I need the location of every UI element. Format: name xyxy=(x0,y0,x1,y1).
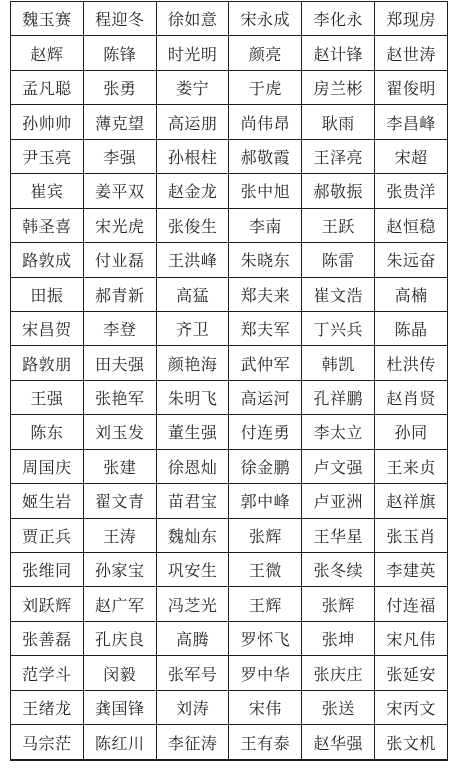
name-cell: 郝敬振 xyxy=(302,174,375,208)
name-cell: 韩凯 xyxy=(302,346,375,380)
table-row: 张维同孙家宝巩安生王微张冬续李建英 xyxy=(11,553,448,587)
name-cell: 王来贞 xyxy=(375,449,448,483)
name-cell: 张善磊 xyxy=(11,621,84,655)
name-cell: 尹玉亮 xyxy=(11,139,84,173)
name-cell: 尚伟昂 xyxy=(229,105,302,139)
name-roster-table: 魏玉赛程迎冬徐如意宋永成李化永郑现房赵辉陈锋时光明颜亮赵计锋赵世涛孟凡聪张勇娄宁… xyxy=(10,1,448,761)
name-cell: 宋昌贺 xyxy=(11,311,84,345)
name-cell: 郑现房 xyxy=(375,2,448,36)
name-cell: 王绪龙 xyxy=(11,690,84,724)
name-cell: 娄宁 xyxy=(156,70,229,104)
table-row: 路敦成付业磊王洪峰朱晓东陈雷朱远奋 xyxy=(11,243,448,277)
name-cell: 张俊生 xyxy=(156,208,229,242)
name-cell: 徐金鹏 xyxy=(229,449,302,483)
name-cell: 陈雷 xyxy=(302,243,375,277)
name-cell: 于虎 xyxy=(229,70,302,104)
name-cell: 付业磊 xyxy=(83,243,156,277)
name-cell: 赵华强 xyxy=(302,725,375,760)
name-cell: 王涛 xyxy=(83,518,156,552)
name-cell: 孔祥鹏 xyxy=(302,380,375,414)
table-row: 陈东刘玉发董生强付连勇李太立孙同 xyxy=(11,415,448,449)
name-cell: 孟凡聪 xyxy=(11,70,84,104)
name-cell: 李昌峰 xyxy=(375,105,448,139)
name-cell: 张军号 xyxy=(156,656,229,690)
table-row: 尹玉亮李强孙根柱郝敬霞王泽亮宋超 xyxy=(11,139,448,173)
table-row: 姬生岩翟文青苗君宝郭中峰卢亚洲赵祥旗 xyxy=(11,484,448,518)
name-cell: 张中旭 xyxy=(229,174,302,208)
name-cell: 宋丙文 xyxy=(375,690,448,724)
name-cell: 陈红川 xyxy=(83,725,156,760)
name-cell: 朱远奋 xyxy=(375,243,448,277)
name-cell: 陈晶 xyxy=(375,311,448,345)
name-cell: 苗君宝 xyxy=(156,484,229,518)
name-cell: 龚国锋 xyxy=(83,690,156,724)
name-cell: 李登 xyxy=(83,311,156,345)
name-cell: 高运朋 xyxy=(156,105,229,139)
name-cell: 宋光虎 xyxy=(83,208,156,242)
name-cell: 李化永 xyxy=(302,2,375,36)
table-row: 韩圣喜宋光虎张俊生李南王跃赵恒稳 xyxy=(11,208,448,242)
name-cell: 陈锋 xyxy=(83,36,156,70)
name-cell: 张建 xyxy=(83,449,156,483)
name-cell: 罗怀飞 xyxy=(229,621,302,655)
name-cell: 李强 xyxy=(83,139,156,173)
name-cell: 郑夫军 xyxy=(229,311,302,345)
table-row: 路敦朋田夫强颜艳海武仲军韩凯杜洪传 xyxy=(11,346,448,380)
name-cell: 路敦朋 xyxy=(11,346,84,380)
table-row: 魏玉赛程迎冬徐如意宋永成李化永郑现房 xyxy=(11,2,448,36)
name-cell: 郑夫来 xyxy=(229,277,302,311)
name-cell: 张维同 xyxy=(11,553,84,587)
table-row: 孟凡聪张勇娄宁于虎房兰彬翟俊明 xyxy=(11,70,448,104)
name-cell: 薄克望 xyxy=(83,105,156,139)
name-cell: 徐恩灿 xyxy=(156,449,229,483)
name-cell: 宋永成 xyxy=(229,2,302,36)
name-cell: 路敦成 xyxy=(11,243,84,277)
name-cell: 赵祥旗 xyxy=(375,484,448,518)
name-cell: 范学斗 xyxy=(11,656,84,690)
name-cell: 李建英 xyxy=(375,553,448,587)
name-cell: 程迎冬 xyxy=(83,2,156,36)
name-cell: 王有泰 xyxy=(229,725,302,760)
name-cell: 高猛 xyxy=(156,277,229,311)
name-cell: 崔宾 xyxy=(11,174,84,208)
name-cell: 张玉肖 xyxy=(375,518,448,552)
name-cell: 朱明飞 xyxy=(156,380,229,414)
name-cell: 朱晓东 xyxy=(229,243,302,277)
name-cell: 颜艳海 xyxy=(156,346,229,380)
name-cell: 房兰彬 xyxy=(302,70,375,104)
name-cell: 耿雨 xyxy=(302,105,375,139)
name-cell: 宋伟 xyxy=(229,690,302,724)
name-cell: 陈东 xyxy=(11,415,84,449)
name-cell: 姜平双 xyxy=(83,174,156,208)
name-cell: 张庆庄 xyxy=(302,656,375,690)
name-cell: 李太立 xyxy=(302,415,375,449)
name-cell: 张延安 xyxy=(375,656,448,690)
name-cell: 卢亚洲 xyxy=(302,484,375,518)
table-row: 赵辉陈锋时光明颜亮赵计锋赵世涛 xyxy=(11,36,448,70)
name-cell: 闵毅 xyxy=(83,656,156,690)
name-cell: 郝敬霞 xyxy=(229,139,302,173)
name-cell: 赵广军 xyxy=(83,587,156,621)
name-cell: 赵辉 xyxy=(11,36,84,70)
name-cell: 王华星 xyxy=(302,518,375,552)
name-cell: 齐卫 xyxy=(156,311,229,345)
name-cell: 董生强 xyxy=(156,415,229,449)
name-cell: 周国庆 xyxy=(11,449,84,483)
name-cell: 张坤 xyxy=(302,621,375,655)
name-cell: 郭中峰 xyxy=(229,484,302,518)
name-cell: 王洪峰 xyxy=(156,243,229,277)
name-cell: 张贵洋 xyxy=(375,174,448,208)
name-cell: 付连福 xyxy=(375,587,448,621)
name-cell: 李征涛 xyxy=(156,725,229,760)
name-cell: 张艳军 xyxy=(83,380,156,414)
name-cell: 姬生岩 xyxy=(11,484,84,518)
name-cell: 贾正兵 xyxy=(11,518,84,552)
name-cell: 徐如意 xyxy=(156,2,229,36)
name-cell: 付连勇 xyxy=(229,415,302,449)
name-cell: 王泽亮 xyxy=(302,139,375,173)
name-cell: 刘跃辉 xyxy=(11,587,84,621)
name-cell: 孙根柱 xyxy=(156,139,229,173)
name-cell: 罗中华 xyxy=(229,656,302,690)
name-cell: 王跃 xyxy=(302,208,375,242)
name-cell: 张送 xyxy=(302,690,375,724)
name-cell: 孙家宝 xyxy=(83,553,156,587)
name-cell: 高运河 xyxy=(229,380,302,414)
name-cell: 翟俊明 xyxy=(375,70,448,104)
name-cell: 时光明 xyxy=(156,36,229,70)
table-row: 崔宾姜平双赵金龙张中旭郝敬振张贵洋 xyxy=(11,174,448,208)
name-cell: 韩圣喜 xyxy=(11,208,84,242)
name-cell: 高腾 xyxy=(156,621,229,655)
name-cell: 王辉 xyxy=(229,587,302,621)
name-cell: 田夫强 xyxy=(83,346,156,380)
name-cell: 张辉 xyxy=(229,518,302,552)
table-row: 贾正兵王涛魏灿东张辉王华星张玉肖 xyxy=(11,518,448,552)
name-cell: 宋凡伟 xyxy=(375,621,448,655)
name-cell: 巩安生 xyxy=(156,553,229,587)
table-row: 宋昌贺李登齐卫郑夫军丁兴兵陈晶 xyxy=(11,311,448,345)
table-row: 孙帅帅薄克望高运朋尚伟昂耿雨李昌峰 xyxy=(11,105,448,139)
name-cell: 张勇 xyxy=(83,70,156,104)
name-roster-body: 魏玉赛程迎冬徐如意宋永成李化永郑现房赵辉陈锋时光明颜亮赵计锋赵世涛孟凡聪张勇娄宁… xyxy=(11,2,448,761)
name-cell: 赵恒稳 xyxy=(375,208,448,242)
table-row: 刘跃辉赵广军冯芝光王辉张辉付连福 xyxy=(11,587,448,621)
name-cell: 颜亮 xyxy=(229,36,302,70)
name-cell: 赵金龙 xyxy=(156,174,229,208)
name-cell: 崔文浩 xyxy=(302,277,375,311)
table-row: 马宗茫陈红川李征涛王有泰赵华强张文机 xyxy=(11,725,448,760)
name-cell: 魏玉赛 xyxy=(11,2,84,36)
name-cell: 杜洪传 xyxy=(375,346,448,380)
name-cell: 卢文强 xyxy=(302,449,375,483)
name-cell: 魏灿东 xyxy=(156,518,229,552)
name-cell: 郝青新 xyxy=(83,277,156,311)
name-cell: 李南 xyxy=(229,208,302,242)
name-cell: 王强 xyxy=(11,380,84,414)
table-row: 王强张艳军朱明飞高运河孔祥鹏赵肖贤 xyxy=(11,380,448,414)
name-cell: 冯芝光 xyxy=(156,587,229,621)
name-cell: 刘玉发 xyxy=(83,415,156,449)
table-row: 张善磊孔庆良高腾罗怀飞张坤宋凡伟 xyxy=(11,621,448,655)
name-cell: 翟文青 xyxy=(83,484,156,518)
name-cell: 赵世涛 xyxy=(375,36,448,70)
name-cell: 赵肖贤 xyxy=(375,380,448,414)
name-cell: 张辉 xyxy=(302,587,375,621)
name-cell: 孙同 xyxy=(375,415,448,449)
table-row: 王绪龙龚国锋刘涛宋伟张送宋丙文 xyxy=(11,690,448,724)
name-cell: 宋超 xyxy=(375,139,448,173)
name-cell: 张文机 xyxy=(375,725,448,760)
name-cell: 马宗茫 xyxy=(11,725,84,760)
name-cell: 张冬续 xyxy=(302,553,375,587)
name-cell: 高楠 xyxy=(375,277,448,311)
table-row: 周国庆张建徐恩灿徐金鹏卢文强王来贞 xyxy=(11,449,448,483)
name-cell: 田振 xyxy=(11,277,84,311)
document-page: 魏玉赛程迎冬徐如意宋永成李化永郑现房赵辉陈锋时光明颜亮赵计锋赵世涛孟凡聪张勇娄宁… xyxy=(0,0,455,768)
name-cell: 丁兴兵 xyxy=(302,311,375,345)
name-cell: 刘涛 xyxy=(156,690,229,724)
name-cell: 王微 xyxy=(229,553,302,587)
name-cell: 赵计锋 xyxy=(302,36,375,70)
name-cell: 孔庆良 xyxy=(83,621,156,655)
name-cell: 武仲军 xyxy=(229,346,302,380)
table-row: 范学斗闵毅张军号罗中华张庆庄张延安 xyxy=(11,656,448,690)
name-cell: 孙帅帅 xyxy=(11,105,84,139)
table-row: 田振郝青新高猛郑夫来崔文浩高楠 xyxy=(11,277,448,311)
